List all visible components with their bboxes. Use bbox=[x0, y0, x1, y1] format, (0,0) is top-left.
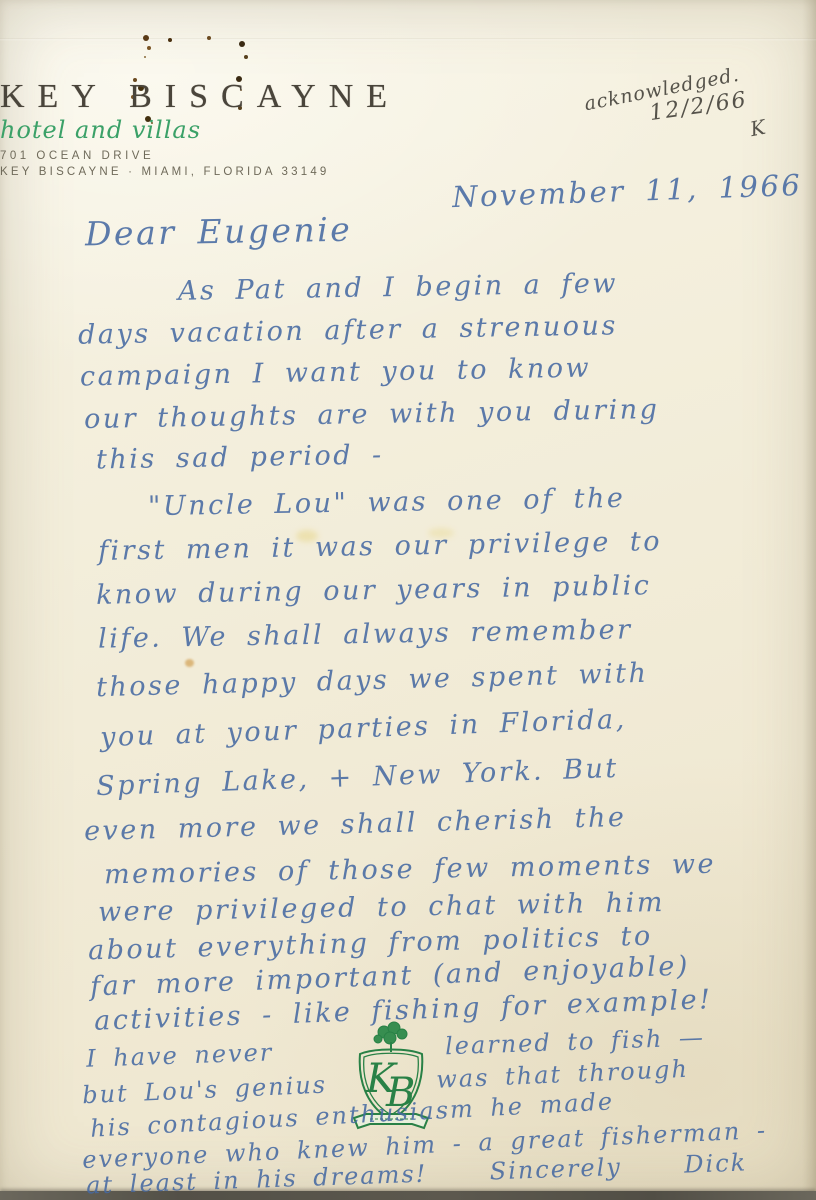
letter-line: first men it was our privilege to bbox=[98, 526, 662, 567]
letter-line: days vacation after a strenuous bbox=[78, 310, 618, 350]
letter-line: campaign I want you to know bbox=[80, 353, 592, 393]
salutation: Dear Eugenie bbox=[85, 210, 353, 254]
paper-stain bbox=[185, 659, 194, 667]
scan-edge-right bbox=[802, 0, 816, 1200]
letter-line: Spring Lake, + New York. But bbox=[96, 753, 620, 802]
rust-spots bbox=[0, 0, 4, 4]
letter-line: this sad period - bbox=[96, 439, 384, 475]
scanned-letter-page: KEY BISCAYNE hotel and villas 701 OCEAN … bbox=[0, 0, 816, 1200]
letter-line: our thoughts are with you during bbox=[84, 394, 660, 435]
letter-line: those happy days we spent with bbox=[96, 658, 649, 703]
letter-line: life. We shall always remember bbox=[98, 614, 633, 654]
letter-line: you at your parties in Florida, bbox=[100, 704, 628, 753]
paper-crease bbox=[0, 38, 816, 41]
letter-line: As Pat and I begin a few bbox=[178, 268, 618, 307]
letter-line: memories of those few moments we bbox=[104, 849, 716, 891]
letter-line: know during our years in public bbox=[96, 570, 652, 611]
letter-line: "Uncle Lou" was one of the bbox=[148, 483, 626, 522]
letter-line: even more we shall cherish the bbox=[84, 802, 627, 847]
